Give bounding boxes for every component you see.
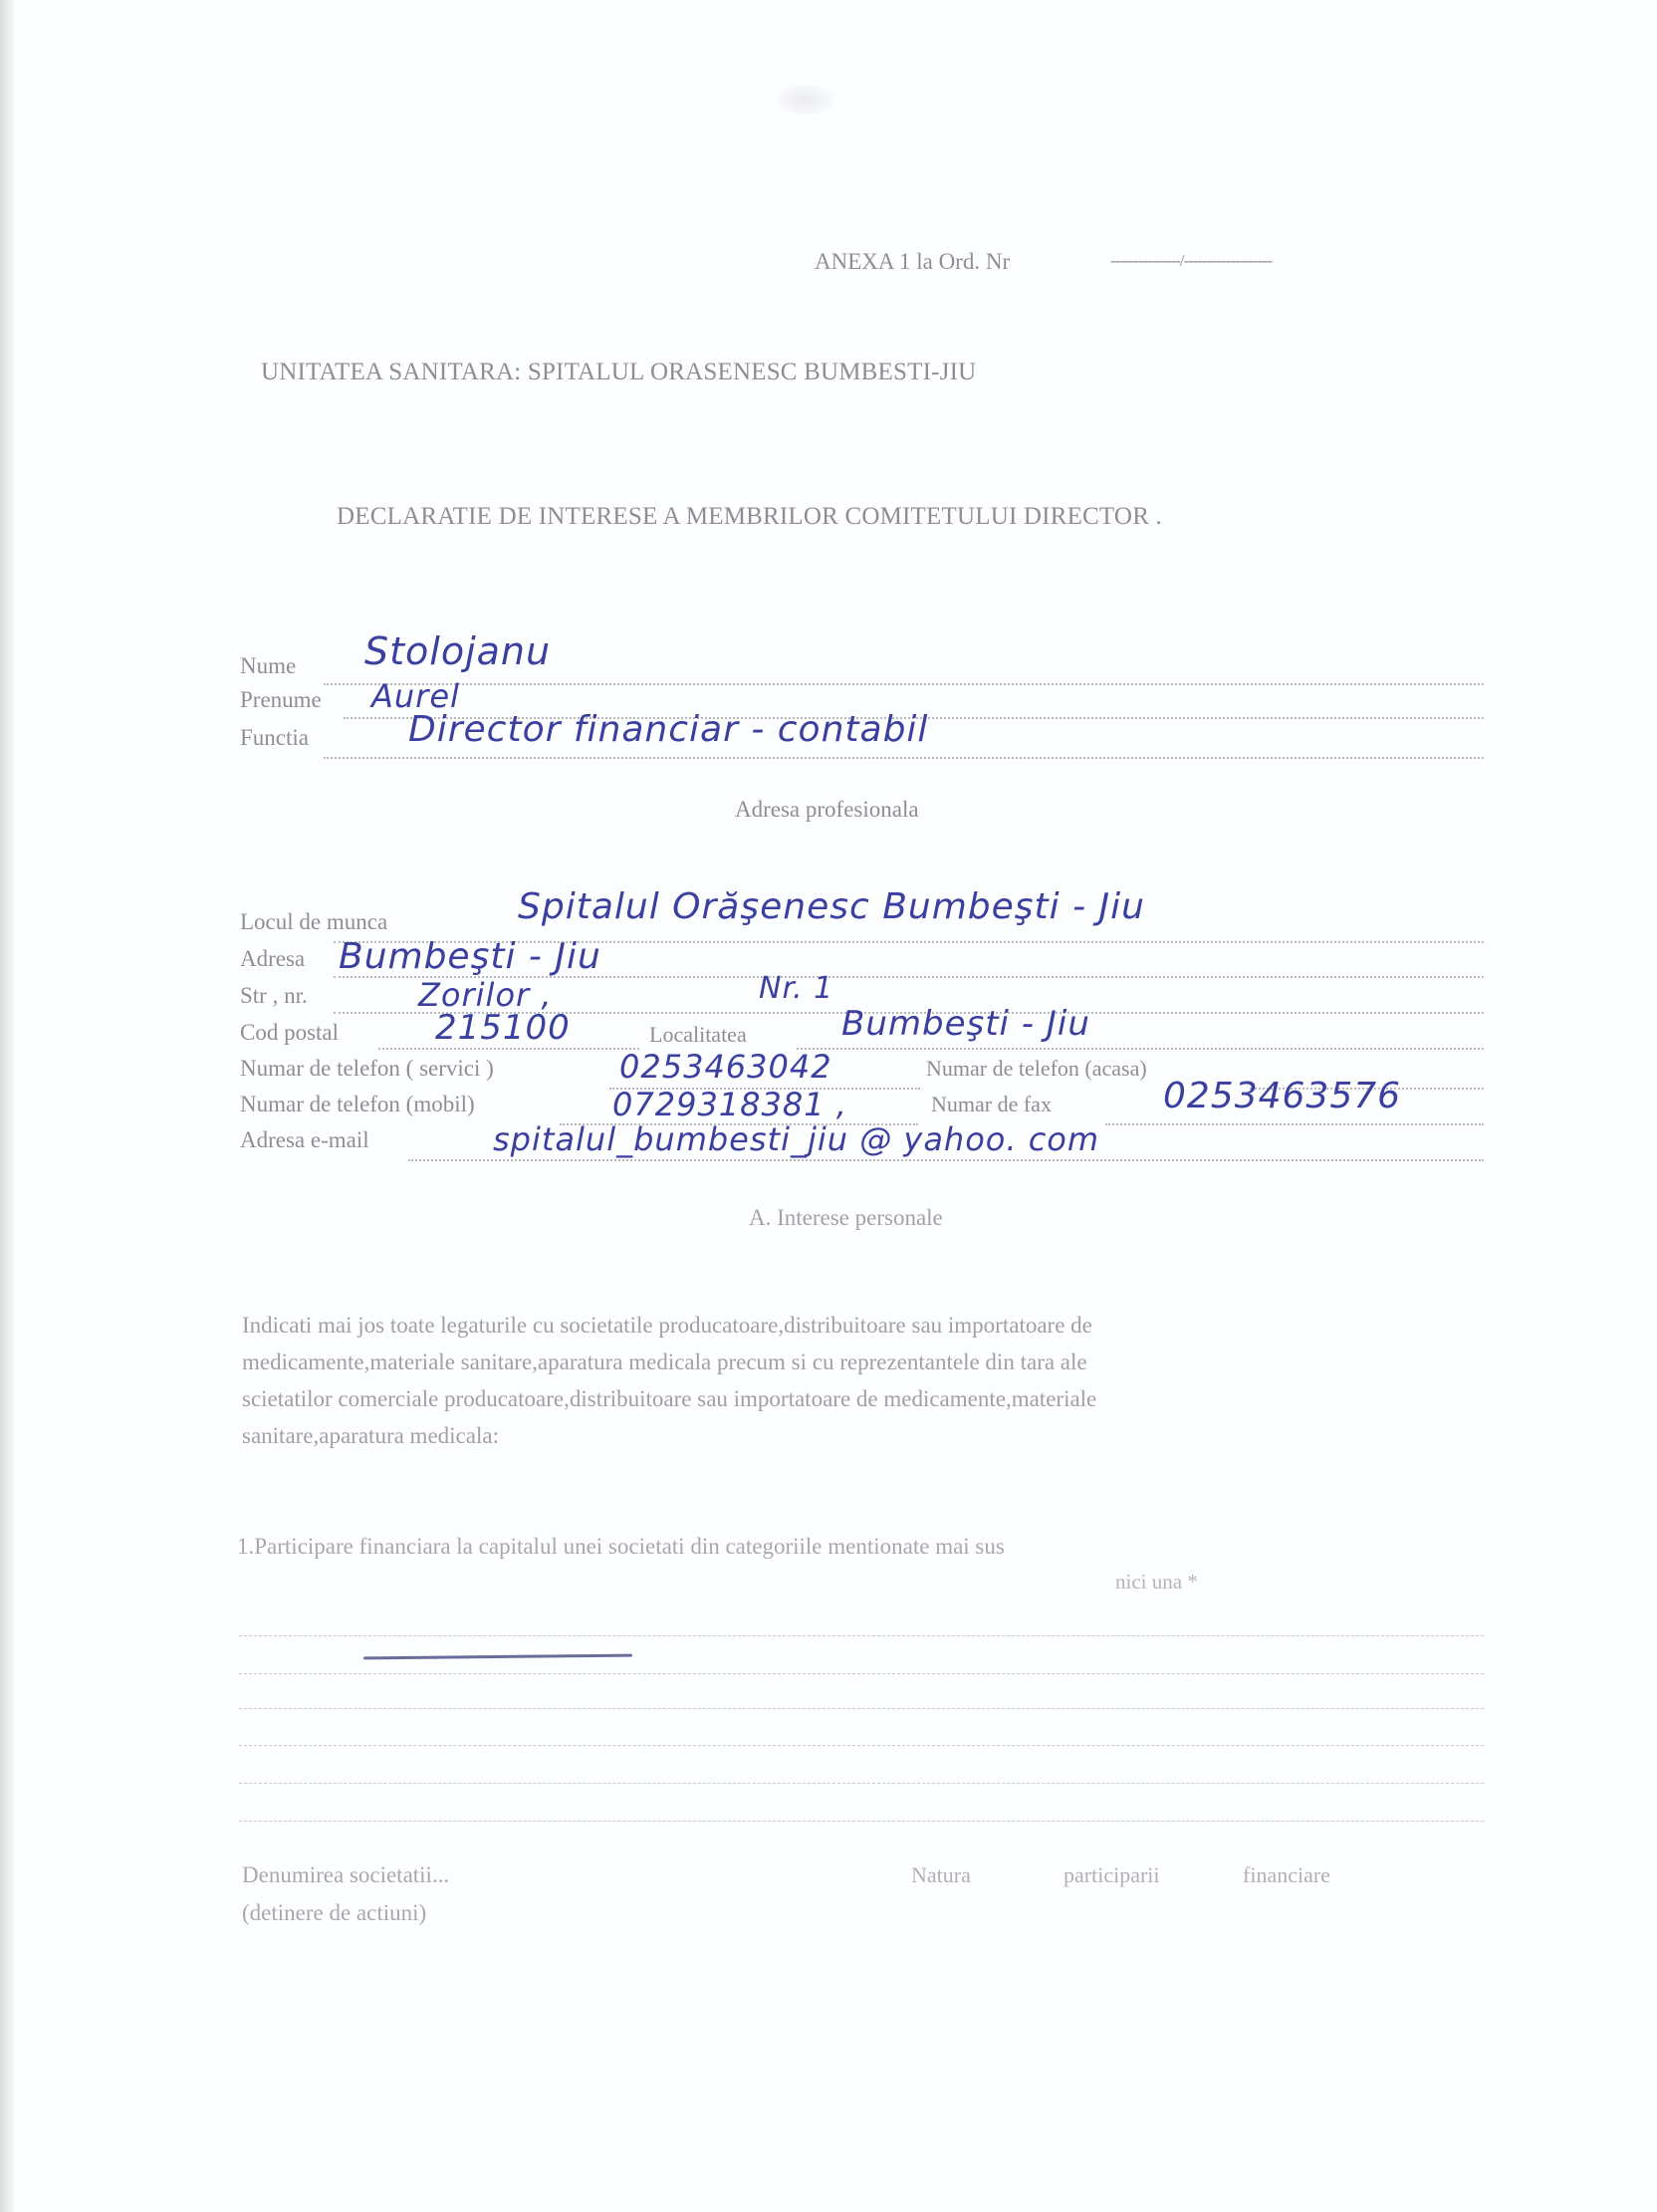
cod-postal-line [378,1048,639,1050]
fax-label: Numar de fax [931,1092,1052,1117]
instructions-line-3: scietatilor comerciale producatoare,dist… [242,1386,1096,1412]
instructions-line-4: sanitare,aparatura medicala: [242,1423,499,1449]
unit-name: UNITATEA SANITARA: SPITALUL ORASENESC BU… [261,359,976,386]
fax-value[interactable]: 0253463576 [1163,1076,1401,1116]
localitatea-value[interactable]: Bumbeşti - Jiu [841,1004,1090,1044]
str-nr-label: Str , nr. [240,983,308,1009]
annex-label: ANEXA 1 la Ord. Nr [815,249,1010,275]
fax-line [1105,1123,1484,1125]
cod-postal-value[interactable]: 215100 [435,1008,571,1048]
item1-note: nici una * [1115,1570,1198,1595]
answer-line-5[interactable] [239,1783,1484,1784]
section-a-heading: A. Interese personale [749,1205,943,1231]
answer-line-2[interactable] [239,1673,1484,1674]
nr-value[interactable]: Nr. 1 [759,971,833,1006]
col-nature-word-1: Natura [911,1862,971,1888]
nume-line [324,683,1484,685]
localitatea-line [797,1048,1484,1050]
adresa-label: Adresa [240,946,305,972]
col-nature-word-2: participarii [1064,1862,1160,1888]
cod-postal-label: Cod postal [240,1020,339,1046]
answer-line-6[interactable] [239,1821,1484,1822]
instructions-line-1: Indicati mai jos toate legaturile cu soc… [242,1313,1092,1339]
address-heading: Adresa profesionala [735,797,919,823]
adresa-value[interactable]: Bumbeşti - Jiu [339,936,601,977]
localitatea-label: Localitatea [649,1022,747,1048]
col-company-heading: Denumirea societatii... [242,1862,449,1888]
email-value[interactable]: spitalul_bumbesti_jiu @ yahoo. com [493,1120,1099,1158]
col-nature-word-3: financiare [1243,1862,1330,1888]
tel-mobil-label: Numar de telefon (mobil) [240,1092,475,1117]
tel-acasa-label: Numar de telefon (acasa) [926,1056,1147,1082]
answer-line-3[interactable] [239,1708,1484,1709]
email-label: Adresa e-mail [240,1127,369,1153]
tel-servici-label: Numar de telefon ( servici ) [240,1056,494,1082]
answer-line-4[interactable] [239,1745,1484,1746]
scan-smudge [777,85,834,115]
annex-number-field[interactable]: ---------------/------------------- [1110,251,1272,271]
functia-line [324,757,1484,759]
answer-line-1[interactable] [239,1635,1484,1636]
tel-servici-value[interactable]: 0253463042 [619,1048,832,1086]
functia-value[interactable]: Director financiar - contabil [408,709,928,750]
instructions-line-2: medicamente,materiale sanitare,aparatura… [242,1350,1087,1375]
document-title: DECLARATIE DE INTERESE A MEMBRILOR COMIT… [337,503,1162,531]
scan-edge-shadow [0,0,14,2212]
locul-de-munca-value[interactable]: Spitalul Orăşenesc Bumbeşti - Jiu [518,886,1145,927]
nume-value[interactable]: Stolojanu [364,629,551,673]
nume-label: Nume [240,653,296,679]
tel-mobil-value[interactable]: 0729318381 , [612,1086,847,1123]
item1-label: 1.Participare financiara la capitalul un… [237,1534,1005,1560]
email-line [408,1159,1484,1161]
functia-label: Functia [240,725,309,751]
prenume-label: Prenume [240,687,322,713]
locul-de-munca-label: Locul de munca [240,909,387,935]
col-company-subheading: (detinere de actiuni) [242,1900,426,1926]
